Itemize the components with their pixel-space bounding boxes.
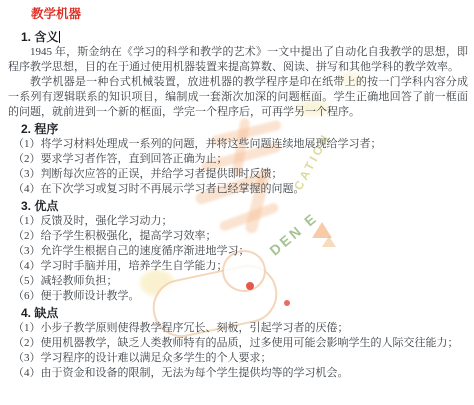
page-title: 教学机器 (31, 7, 474, 22)
section-heading-text: 3. 优点 (21, 199, 58, 213)
text-cursor (59, 31, 60, 43)
list-item: （1）将学习材料处理成一系列的问题，并将这些问题连续地展现给学习者； (13, 137, 468, 152)
list-item: （2）给予学生积极强化，提高学习效率； (13, 229, 468, 244)
section-heading-text: 4. 缺点 (21, 306, 58, 320)
list-item: （6）便于教师设计教学。 (13, 289, 468, 304)
list-item: （2）要求学习者作答，直到回答正确为止； (13, 152, 468, 167)
section-heading-disadvantages: 4. 缺点 (21, 305, 474, 321)
document-content: 教学机器 1. 含义 1945 年，斯金纳在《学习的科学和教学的艺术》一文中提出… (0, 0, 474, 381)
list-item: （2）使用机器教学，缺乏人类教师特有的品质，过多使用可能会影响学生的人际交往能力… (13, 336, 468, 351)
list-item: （3）学习程序的设计难以满足众多学生的个人要求； (13, 351, 468, 366)
paragraph: 教学机器是一种台式机械装置，放进机器的教学程序是印在纸带上的按一门学科内容分成一… (8, 75, 468, 120)
list-item: （5）减轻教师负担； (13, 274, 468, 289)
list-item: （4）学习时手脑并用，培养学生自学能力； (13, 259, 468, 274)
section-heading-text: 1. 含义 (21, 30, 58, 44)
list-item: （4）由于资金和设备的限制，无法为每个学生提供均等的学习机会。 (13, 366, 468, 381)
section-heading-text: 2. 程序 (21, 122, 58, 136)
section-heading-advantages: 3. 优点 (21, 198, 474, 214)
document-page: CATION DEN E 教学机器 1. 含义 1945 年，斯金纳在《学习的科… (0, 0, 474, 405)
section-heading-procedure: 2. 程序 (21, 121, 474, 137)
list-item: （4）在下次学习或复习时不再展示学习者已经掌握的问题。 (13, 182, 468, 197)
list-item: （1）小步子教学原则使得教学程序冗长、刻板，引起学习者的厌倦； (13, 321, 468, 336)
paragraph: 1945 年，斯金纳在《学习的科学和教学的艺术》一文中提出了自动化自我教学的思想… (8, 45, 468, 75)
section-heading-meaning: 1. 含义 (21, 29, 474, 45)
list-item: （3）允许学生根据自己的速度循序渐进地学习； (13, 244, 468, 259)
list-item: （3）判断每次应答的正误，并给学习者提供即时反馈； (13, 167, 468, 182)
list-item: （1）反馈及时，强化学习动力； (13, 214, 468, 229)
page-title-text: 教学机器 (31, 7, 81, 21)
